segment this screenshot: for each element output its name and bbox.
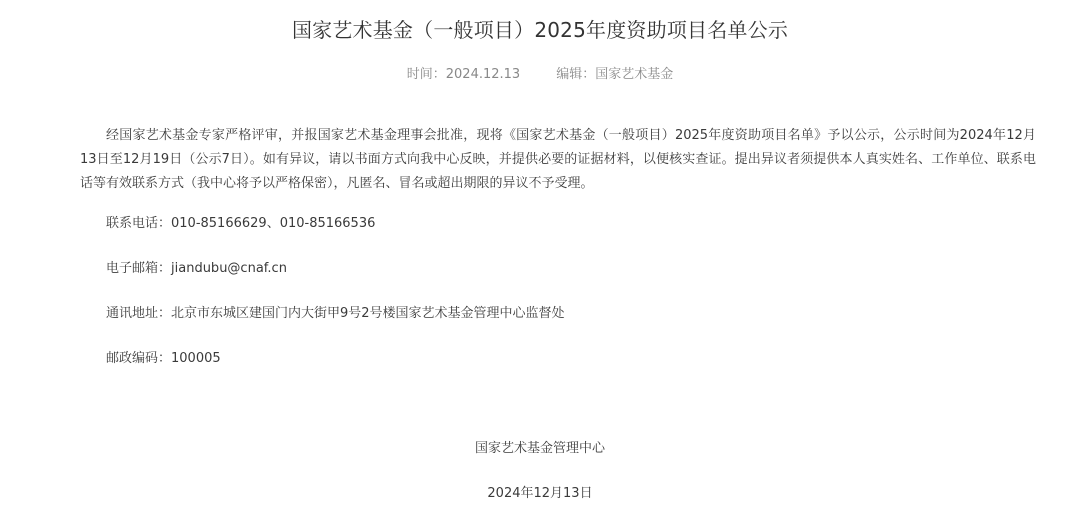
time-label: 时间： xyxy=(407,67,446,82)
editor-label: 编辑： xyxy=(556,67,595,82)
contact-address: 通讯地址：北京市东城区建国门内大街甲9号2号楼国家艺术基金管理中心监督处 xyxy=(106,305,565,323)
signature-date: 2024年12月13日 xyxy=(0,485,1080,503)
contact-phone: 联系电话：010-85166629、010-85166536 xyxy=(106,215,375,233)
time-value: 2024.12.13 xyxy=(446,67,520,82)
signature-organization: 国家艺术基金管理中心 xyxy=(0,440,1080,458)
body-paragraph: 经国家艺术基金专家严格评审，并报国家艺术基金理事会批准，现将《国家艺术基金（一般… xyxy=(80,124,1036,196)
contact-postcode-label: 邮政编码： xyxy=(106,351,171,366)
contact-address-label: 通讯地址： xyxy=(106,306,171,321)
contact-email-label: 电子邮箱： xyxy=(106,261,171,276)
contact-email: 电子邮箱：jiandubu@cnaf.cn xyxy=(106,260,287,278)
contact-address-value: 北京市东城区建国门内大街甲9号2号楼国家艺术基金管理中心监督处 xyxy=(171,306,565,321)
contact-email-value: jiandubu@cnaf.cn xyxy=(171,261,287,276)
contact-postcode: 邮政编码：100005 xyxy=(106,350,221,368)
contact-phone-label: 联系电话： xyxy=(106,216,171,231)
contact-postcode-value: 100005 xyxy=(171,351,221,366)
contact-phone-value: 010-85166629、010-85166536 xyxy=(171,216,375,231)
article-meta: 时间：2024.12.13编辑：国家艺术基金 xyxy=(0,66,1080,84)
editor-value: 国家艺术基金 xyxy=(595,67,673,82)
page-title: 国家艺术基金（一般项目）2025年度资助项目名单公示 xyxy=(0,16,1080,44)
